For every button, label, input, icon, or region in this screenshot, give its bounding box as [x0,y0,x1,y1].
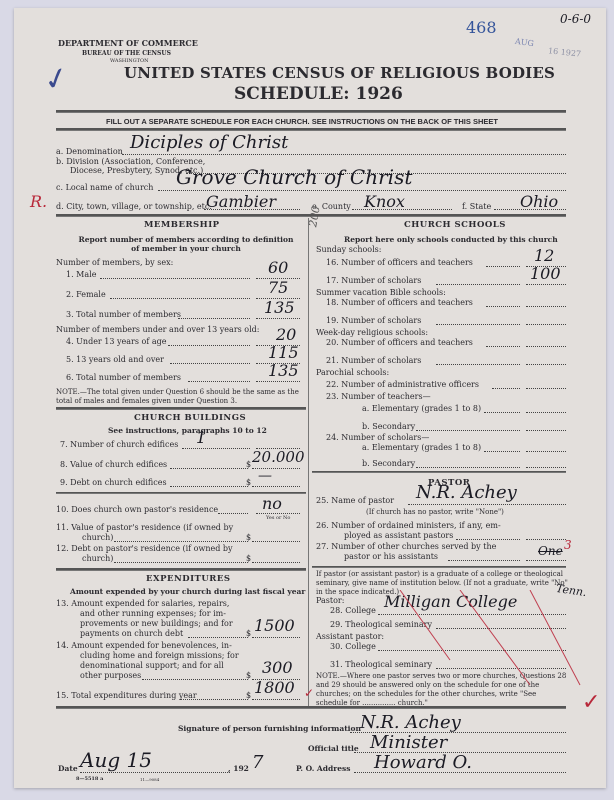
membership-note: NOTE.—The total given under Question 6 s… [56,388,300,406]
q9-debt-field[interactable]: — [258,468,272,484]
q2-label: 2. Female [66,290,106,299]
schools-heading: CHURCH SCHOOLS [404,220,506,230]
by-sex-label: Number of members, by sex: [56,258,173,267]
local-name-label: c. Local name of church [56,183,153,192]
county-field[interactable]: Knox [364,192,405,211]
expenditures-heading: EXPENDITURES [146,574,230,584]
q23-label: 23. Number of teachers— [326,392,431,401]
q12-label-2: church) [82,554,113,563]
bureau-name: BUREAU OF THE CENSUS [82,50,171,57]
state-label: f. State [462,202,491,211]
form-code: 8—5518 a [76,776,103,782]
q27-label: 27. Number of other churches served by t… [316,542,496,551]
date-label: Date [58,764,78,773]
form-title: UNITED STATES CENSUS OF RELIGIOUS BODIES [124,64,555,82]
date-field[interactable]: Aug 15 [80,748,152,772]
q26-label-2: ployed as assistant pastors [344,531,453,540]
red-check-icon: ✓ [304,686,314,700]
q30-label: 30. College [330,642,376,651]
q3-label: 3. Total number of members [66,310,181,319]
q13-line-2: and other running expenses; for im- [80,609,226,618]
q24b-label: b. Secondary [362,459,415,468]
membership-subheading: Report number of members according to de… [76,235,296,253]
margin-annotation-r: R. [30,192,47,211]
local-name-field[interactable]: Grove Church of Christ [176,165,412,189]
q25-label: 25. Name of pastor [316,496,394,505]
q1-label: 1. Male [66,270,96,279]
q9-label: 9. Debt on church edifices [60,478,167,487]
denomination-label: a. Denomination [56,147,123,156]
summer-schools-label: Summer vacation Bible schools: [316,288,446,297]
instruction-banner: FILL OUT A SEPARATE SCHEDULE FOR EACH CH… [106,117,498,126]
q12-label: 12. Debt on pastor's residence (if owned… [56,544,233,553]
address-field[interactable]: Howard O. [374,752,472,773]
q3-total-field[interactable]: 135 [264,298,295,317]
q14-line-4: other purposes [80,671,141,680]
q27-other-churches-field[interactable]: One [538,544,563,558]
q13-value-field[interactable]: 1500 [254,616,295,635]
schools-subheading: Report here only schools conducted by th… [344,235,558,244]
membership-heading: MEMBERSHIP [144,220,220,230]
q8-value-field[interactable]: 20.000 [252,448,305,466]
q24-label: 24. Number of scholars— [326,433,429,442]
q8-label: 8. Value of church edifices [60,460,167,469]
city-field[interactable]: Gambier [206,192,276,211]
department-name: DEPARTMENT OF COMMERCE [58,38,198,48]
pastor-sublabel: Pastor: [316,596,344,605]
q7-label: 7. Number of church edifices [60,440,178,449]
city-label: d. City, town, village, or township, etc… [56,202,212,211]
q23b-label: b. Secondary [362,422,415,431]
expenditures-subheading: Amount expended by your church during la… [70,587,305,596]
corner-code: 0-6-0 [560,12,591,26]
q14-value-field[interactable]: 300 [262,658,293,677]
official-title-field[interactable]: Minister [370,732,447,753]
q1-male-field[interactable]: 60 [268,258,288,277]
q10-label: 10. Does church own pastor's residence [56,505,218,514]
schedule-title: SCHEDULE: 1926 [234,84,403,104]
q6-label: 6. Total number of members [66,373,181,382]
q7-edifices-field[interactable]: 1 [196,428,206,447]
q13-line-4: payments on church debt [80,629,183,638]
q28-label: 28. College [330,606,376,615]
q6-total-field[interactable]: 135 [268,361,299,380]
dollar-sign: $ [246,460,251,469]
q19-label: 19. Number of scholars [326,316,421,325]
signature-label: Signature of person furnishing informati… [178,724,361,733]
q15-label: 15. Total expenditures during year [56,691,197,700]
q27-label-2: pastor or his assistants [344,552,438,561]
q13-line-1: 13. Amount expended for salaries, repair… [56,599,229,608]
q23a-label: a. Elementary (grades 1 to 8) [362,404,481,413]
address-label: P. O. Address [296,764,350,773]
q14-line-1: 14. Amount expended for benevolences, in… [56,641,232,650]
dollar-sign: $ [246,671,251,680]
q4-label: 4. Under 13 years of age [66,337,166,346]
signature-field[interactable]: N.R. Achey [360,712,461,733]
q21-label: 21. Number of scholars [326,356,421,365]
q13-line-3: provements or new buildings; and for [80,619,233,628]
year-prefix: , 192 [228,764,249,773]
q24a-label: a. Elementary (grades 1 to 8) [362,443,481,452]
q17-scholars-field[interactable]: 100 [530,264,561,283]
q26-label: 26. Number of ordained ministers, if any… [316,521,501,530]
q4-under13-field[interactable]: 20 [276,325,296,344]
q11-label-2: church) [82,533,113,542]
parochial-schools-label: Parochial schools: [316,368,389,377]
q25-pastor-name-field[interactable]: N.R. Achey [416,482,517,503]
q16-officers-field[interactable]: 12 [534,246,554,265]
red-check-icon: ✓ [582,690,600,715]
yes-no-hint: Yes or No [266,515,290,521]
q17-label: 17. Number of scholars [326,276,421,285]
q15-value-field[interactable]: 1800 [254,678,295,697]
q27-correction: 3 [564,538,572,552]
red-strike-marks [380,590,600,700]
print-code: 11—9084 [140,777,159,782]
sunday-schools-label: Sunday schools: [316,245,381,254]
buildings-subheading: See instructions, paragraphs 10 to 12 [108,426,267,435]
q25-hint: (If church has no pastor, write "None") [366,508,504,516]
weekday-schools-label: Week-day religious schools: [316,328,428,337]
q2-female-field[interactable]: 75 [268,278,288,297]
dollar-sign: $ [246,478,251,487]
q18-label: 18. Number of officers and teachers [326,298,473,307]
form-number-stamp: 468 [466,18,497,37]
q10-residence-field[interactable]: no [262,494,282,513]
dollar-sign: $ [246,691,251,700]
q5-label: 5. 13 years old and over [66,355,164,364]
q20-label: 20. Number of officers and teachers [326,338,473,347]
q14-line-3: denominational support; and for all [80,661,224,670]
dollar-sign: $ [246,629,251,638]
q16-label: 16. Number of officers and teachers [326,258,473,267]
by-age-label: Number of members under and over 13 year… [56,325,259,334]
year-field[interactable]: 7 [252,752,263,773]
dollar-sign: $ [246,533,251,542]
q14-line-2: cluding home and foreign missions; for [80,651,239,660]
official-title-label: Official title [308,744,359,753]
denomination-field[interactable]: Diciples of Christ [130,132,288,153]
q5-over13-field[interactable]: 115 [268,343,299,362]
buildings-heading: CHURCH BUILDINGS [134,413,246,423]
state-field[interactable]: Ohio [520,192,558,211]
q11-label: 11. Value of pastor's residence (if owne… [56,523,233,532]
q22-label: 22. Number of administrative officers [326,380,479,389]
assistant-sublabel: Assistant pastor: [316,632,384,641]
dollar-sign: $ [246,554,251,563]
